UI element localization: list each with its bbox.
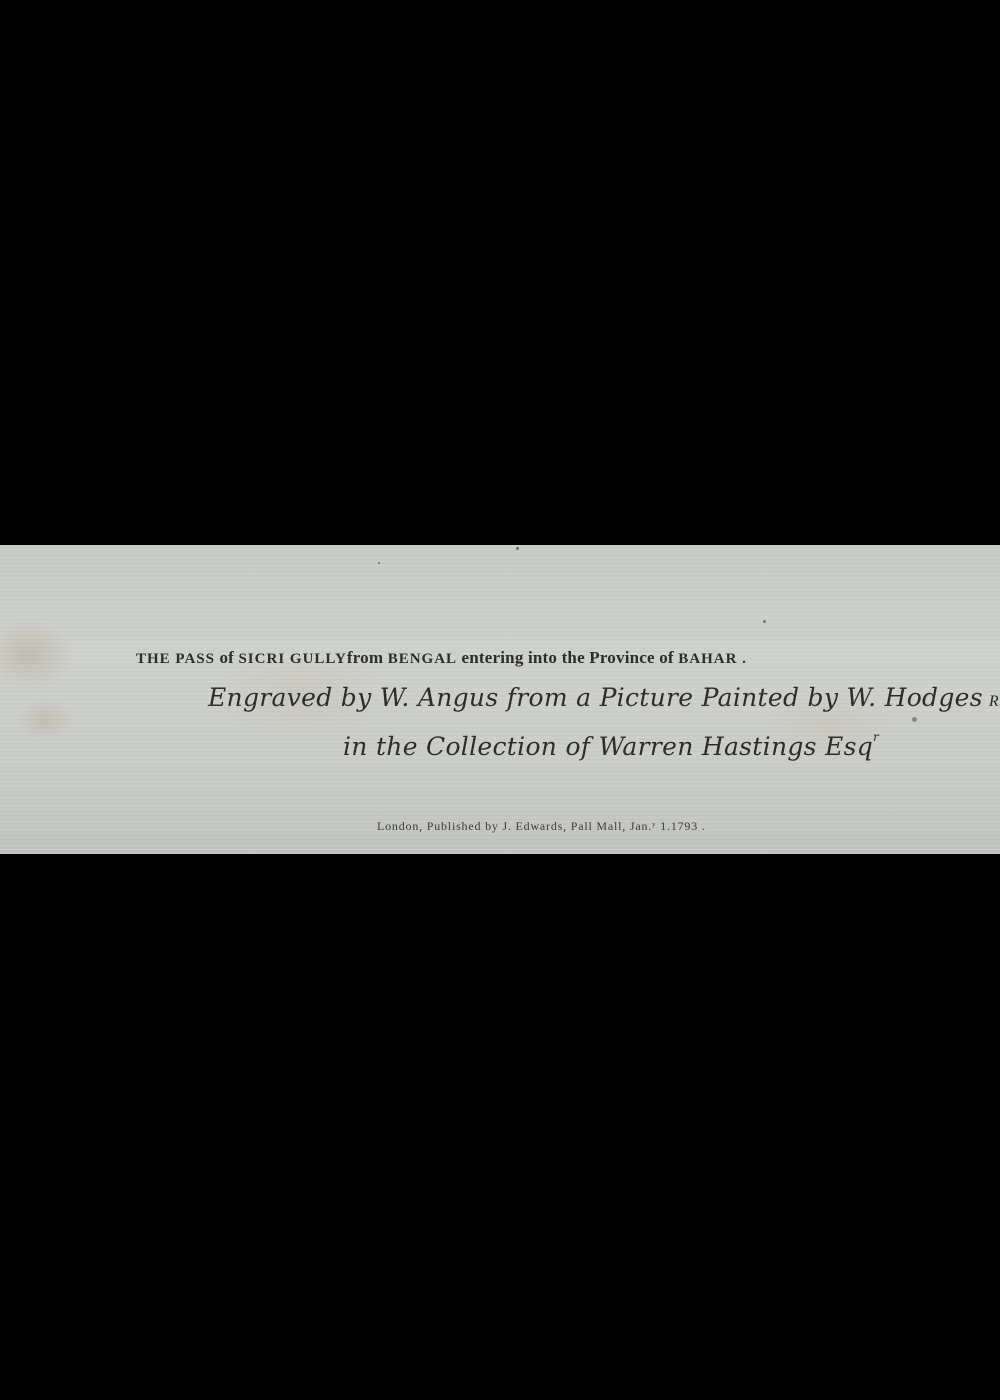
title-segment: BENGAL (388, 651, 457, 667)
collection-credit-line: in the Collection of Warren Hastings Esq… (343, 730, 879, 761)
black-background: THE PASS of SICRI GULLYfrom BENGAL enter… (0, 0, 1000, 1400)
paper-speck (912, 717, 917, 722)
paper-speck (763, 620, 766, 623)
collection-superscript: r (873, 730, 879, 744)
title-segment: . (737, 651, 747, 667)
royal-academy-suffix: R.A. (989, 693, 1000, 710)
title-segment: THE PASS (136, 651, 215, 667)
title-segment: from (347, 648, 388, 667)
title-segment: of (215, 648, 238, 667)
publisher-imprint: London, Published by J. Edwards, Pall Ma… (377, 819, 706, 834)
title-segment: entering into the Province of (457, 648, 678, 667)
engraver-credit-line: Engraved by W. Angus from a Picture Pain… (208, 683, 1000, 712)
print-title: THE PASS of SICRI GULLYfrom BENGAL enter… (136, 648, 747, 668)
collection-credit-text: in the Collection of Warren Hastings Esq (343, 732, 873, 761)
paper-speck (516, 547, 519, 550)
title-segment: BAHAR (678, 651, 737, 667)
paper-caption-strip: THE PASS of SICRI GULLYfrom BENGAL enter… (0, 545, 1000, 854)
title-segment: SICRI GULLY (238, 651, 346, 667)
engraver-credit-text: Engraved by W. Angus from a Picture Pain… (208, 683, 983, 712)
paper-speck (378, 562, 380, 564)
